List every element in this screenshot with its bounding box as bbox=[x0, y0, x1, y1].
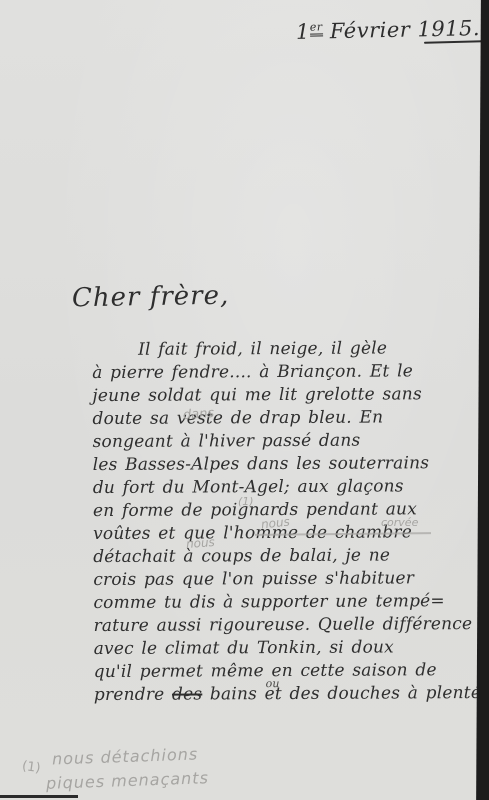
body-line: jeune soldat qui me lit grelotte sans bbox=[92, 383, 482, 408]
body-line: comme tu dis à supporter une tempé= bbox=[93, 590, 483, 615]
letter-page: 1er Février 1915. Cher frère, Il fait fr… bbox=[0, 0, 489, 800]
date-day: 1 bbox=[296, 20, 310, 44]
body-line: détachait à coups de balai, je ne bbox=[93, 544, 483, 569]
body-line: qu'il permet même en cette saison de bbox=[94, 659, 484, 684]
footnote-line-1: nous détachions bbox=[52, 744, 199, 768]
struck-word: des bbox=[172, 684, 202, 704]
pencil-inserted-word: dans bbox=[183, 406, 215, 423]
body-line: les Basses-Alpes dans les souterrains bbox=[93, 452, 483, 477]
pencil-reference-mark: (1) bbox=[238, 495, 254, 508]
body-line: doute sa veste de drap bleu. En bbox=[92, 406, 482, 431]
body-line: crois pas que l'on puisse s'habituer bbox=[93, 567, 483, 592]
pencil-correction-ou: ou bbox=[266, 672, 280, 695]
date-rest: Février 1915. bbox=[322, 16, 480, 43]
pencil-nous-over-detachait: nous bbox=[186, 535, 216, 551]
pencil-nous-over-homme: nous bbox=[260, 515, 290, 532]
body-line: songeant à l'hiver passé dans bbox=[93, 429, 483, 454]
footnote-line-2: piques menaçants bbox=[46, 768, 209, 793]
body-line: Il fait froid, il neige, il gèle bbox=[92, 337, 482, 362]
date-flourish-stroke bbox=[424, 40, 484, 44]
footnote-marker: (1) bbox=[21, 759, 41, 776]
scan-edge-bottom-left bbox=[0, 795, 78, 798]
date-line: 1er Février 1915. bbox=[296, 16, 481, 44]
body-line: rature aussi rigoureuse. Quelle différen… bbox=[93, 613, 483, 638]
salutation: Cher frère, bbox=[72, 281, 230, 314]
body-line-last: prendre des bains ouet des douches à ple… bbox=[94, 682, 484, 707]
correction-stack: ouet bbox=[265, 683, 282, 706]
body-line: à pierre fendre.... à Briançon. Et le bbox=[92, 360, 482, 385]
last-line-rest: des douches à plenté. bbox=[282, 683, 487, 704]
last-line-prefix: prendre bbox=[94, 685, 172, 705]
body-line: du fort du Mont-Agel; aux glaçons bbox=[93, 475, 483, 500]
body-line: avec le climat du Tonkin, si doux bbox=[94, 636, 484, 661]
pencil-corvee-over-chambre: corvée bbox=[381, 516, 418, 529]
last-line-mid: bains bbox=[202, 684, 264, 704]
date-ordinal: er bbox=[310, 20, 323, 36]
